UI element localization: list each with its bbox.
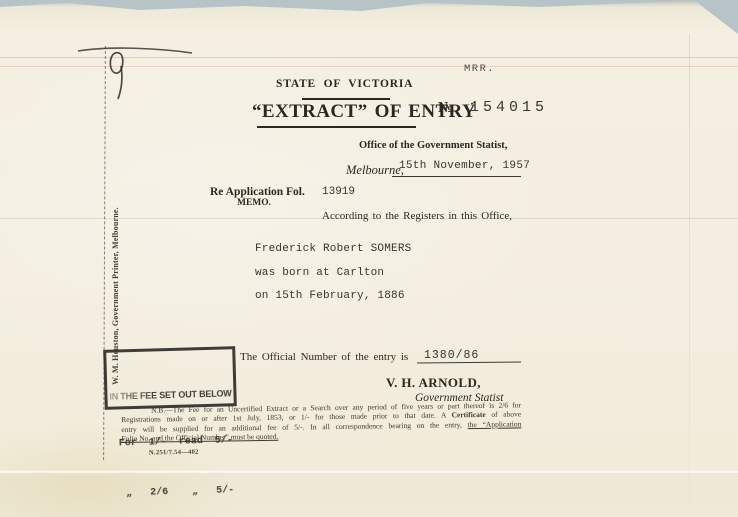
official-number-value: 1380/86 [424,349,479,362]
fine-print-note: N.B.—The Fee for an Uncertified Extract … [121,400,521,443]
state-title-underline [302,98,390,100]
issue-date-underline [392,176,521,177]
fee-amendment-stamp: IN THE FEE SET OUT BELOW For 1/- read 5/… [103,346,237,410]
fee-stamp-header: IN THE FEE SET OUT BELOW [107,388,233,402]
fee-stamp-row-2: „ 2/6 „ 5/- [110,484,236,502]
fine-print-line-2-post: of above [486,410,522,419]
government-printer-imprint: W. M. Houston, Government Printer, Melbo… [111,196,123,396]
paper-sheet: MRR. STATE OF VICTORIA “EXTRACT” OF ENTR… [0,0,738,517]
memo-label: MEMO. [237,198,271,208]
according-line: According to the Registers in this Offic… [322,210,512,222]
official-number-label: The Official Number of the entry is [240,351,408,363]
pen-marks [70,40,210,110]
fine-print-line-3-underlined: the “Application [468,419,522,429]
office-line: Office of the Government Statist, [359,140,507,151]
entry-number-value: 154015 [470,99,548,116]
received-initials-stamp: MRR. [464,63,495,75]
vertical-crease [689,34,690,504]
application-folio-value: 13919 [322,186,355,198]
issue-date: 15th November, 1957 [399,160,530,172]
scanned-certificate: MRR. STATE OF VICTORIA “EXTRACT” OF ENTR… [0,0,738,517]
torn-edge-shadow [0,0,738,7]
entry-line-birthdate: on 15th February, 1886 [255,290,405,302]
fine-print-line-2-bold: Certificate [452,410,486,419]
entry-line-name: Frederick Robert SOMERS [255,243,411,255]
entry-line-birthplace: was born at Carlton [255,267,384,279]
document-title-underline [257,126,416,128]
form-number: N.251/7.54—402 [149,449,199,457]
signature-name: V. H. ARNOLD, [386,375,481,391]
state-title: STATE OF VICTORIA [276,78,413,90]
entry-number-symbol: № [438,100,453,117]
re-application-label: Re Application Fol. [210,186,305,198]
official-number-underline [417,361,521,363]
